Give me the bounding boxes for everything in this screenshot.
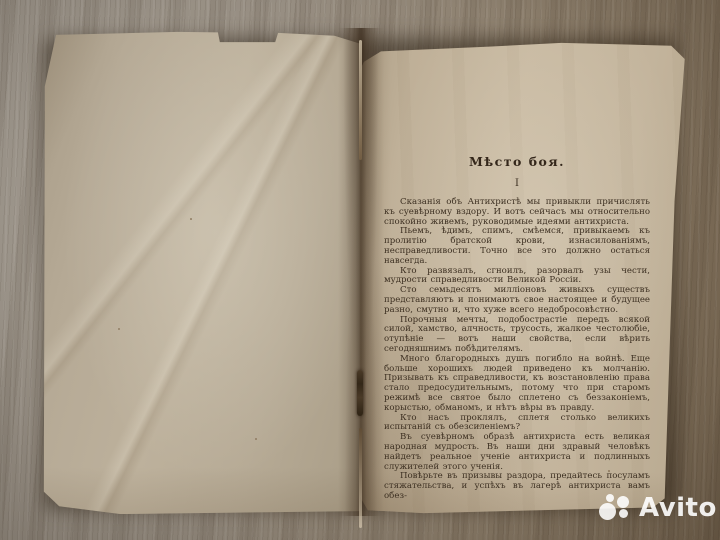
avito-wordmark: Avito xyxy=(639,495,717,521)
paragraph: Кто развязалъ, сгноилъ, разорвалъ узы че… xyxy=(384,267,650,287)
chapter-numeral: I xyxy=(384,178,650,189)
avito-logo-circle xyxy=(617,496,629,508)
printed-text-block: Мѣсто боя. I Сказанія объ Антихристѣ мы … xyxy=(384,154,650,502)
avito-watermark: Avito xyxy=(598,492,717,524)
paragraph: Пьемъ, ѣдимъ, спимъ, смѣемся, привыкаемъ… xyxy=(384,227,650,266)
book-left-page xyxy=(40,28,360,516)
paper-speck xyxy=(118,328,120,330)
avito-logo-icon xyxy=(598,492,634,524)
paper-speck xyxy=(478,425,480,427)
avito-logo-circle xyxy=(606,494,614,502)
paragraph: Въ суевѣрномъ образѣ антихриста есть вел… xyxy=(384,433,650,472)
photo-of-open-book: Мѣсто боя. I Сказанія объ Антихристѣ мы … xyxy=(0,0,720,540)
paragraph: Кто насъ проклялъ, сплетя столько велики… xyxy=(384,414,650,434)
avito-logo-circle xyxy=(619,509,628,518)
book-right-page: Мѣсто боя. I Сказанія объ Антихристѣ мы … xyxy=(358,40,686,515)
paper-speck xyxy=(608,470,610,472)
paragraph: Сказанія объ Антихристѣ мы привыкли прич… xyxy=(384,198,650,227)
chapter-title: Мѣсто боя. xyxy=(384,154,650,169)
avito-logo-circle xyxy=(599,503,616,520)
paragraph: Сто семьдесятъ милліоновъ живыхъ существ… xyxy=(384,286,650,315)
paper-speck xyxy=(255,438,257,440)
paper-speck xyxy=(190,218,192,220)
paragraph: Порочныя мечты, подобострастіе передъ вс… xyxy=(384,316,650,355)
paragraph: Много благородныхъ душъ погибло на войнѣ… xyxy=(384,355,650,414)
